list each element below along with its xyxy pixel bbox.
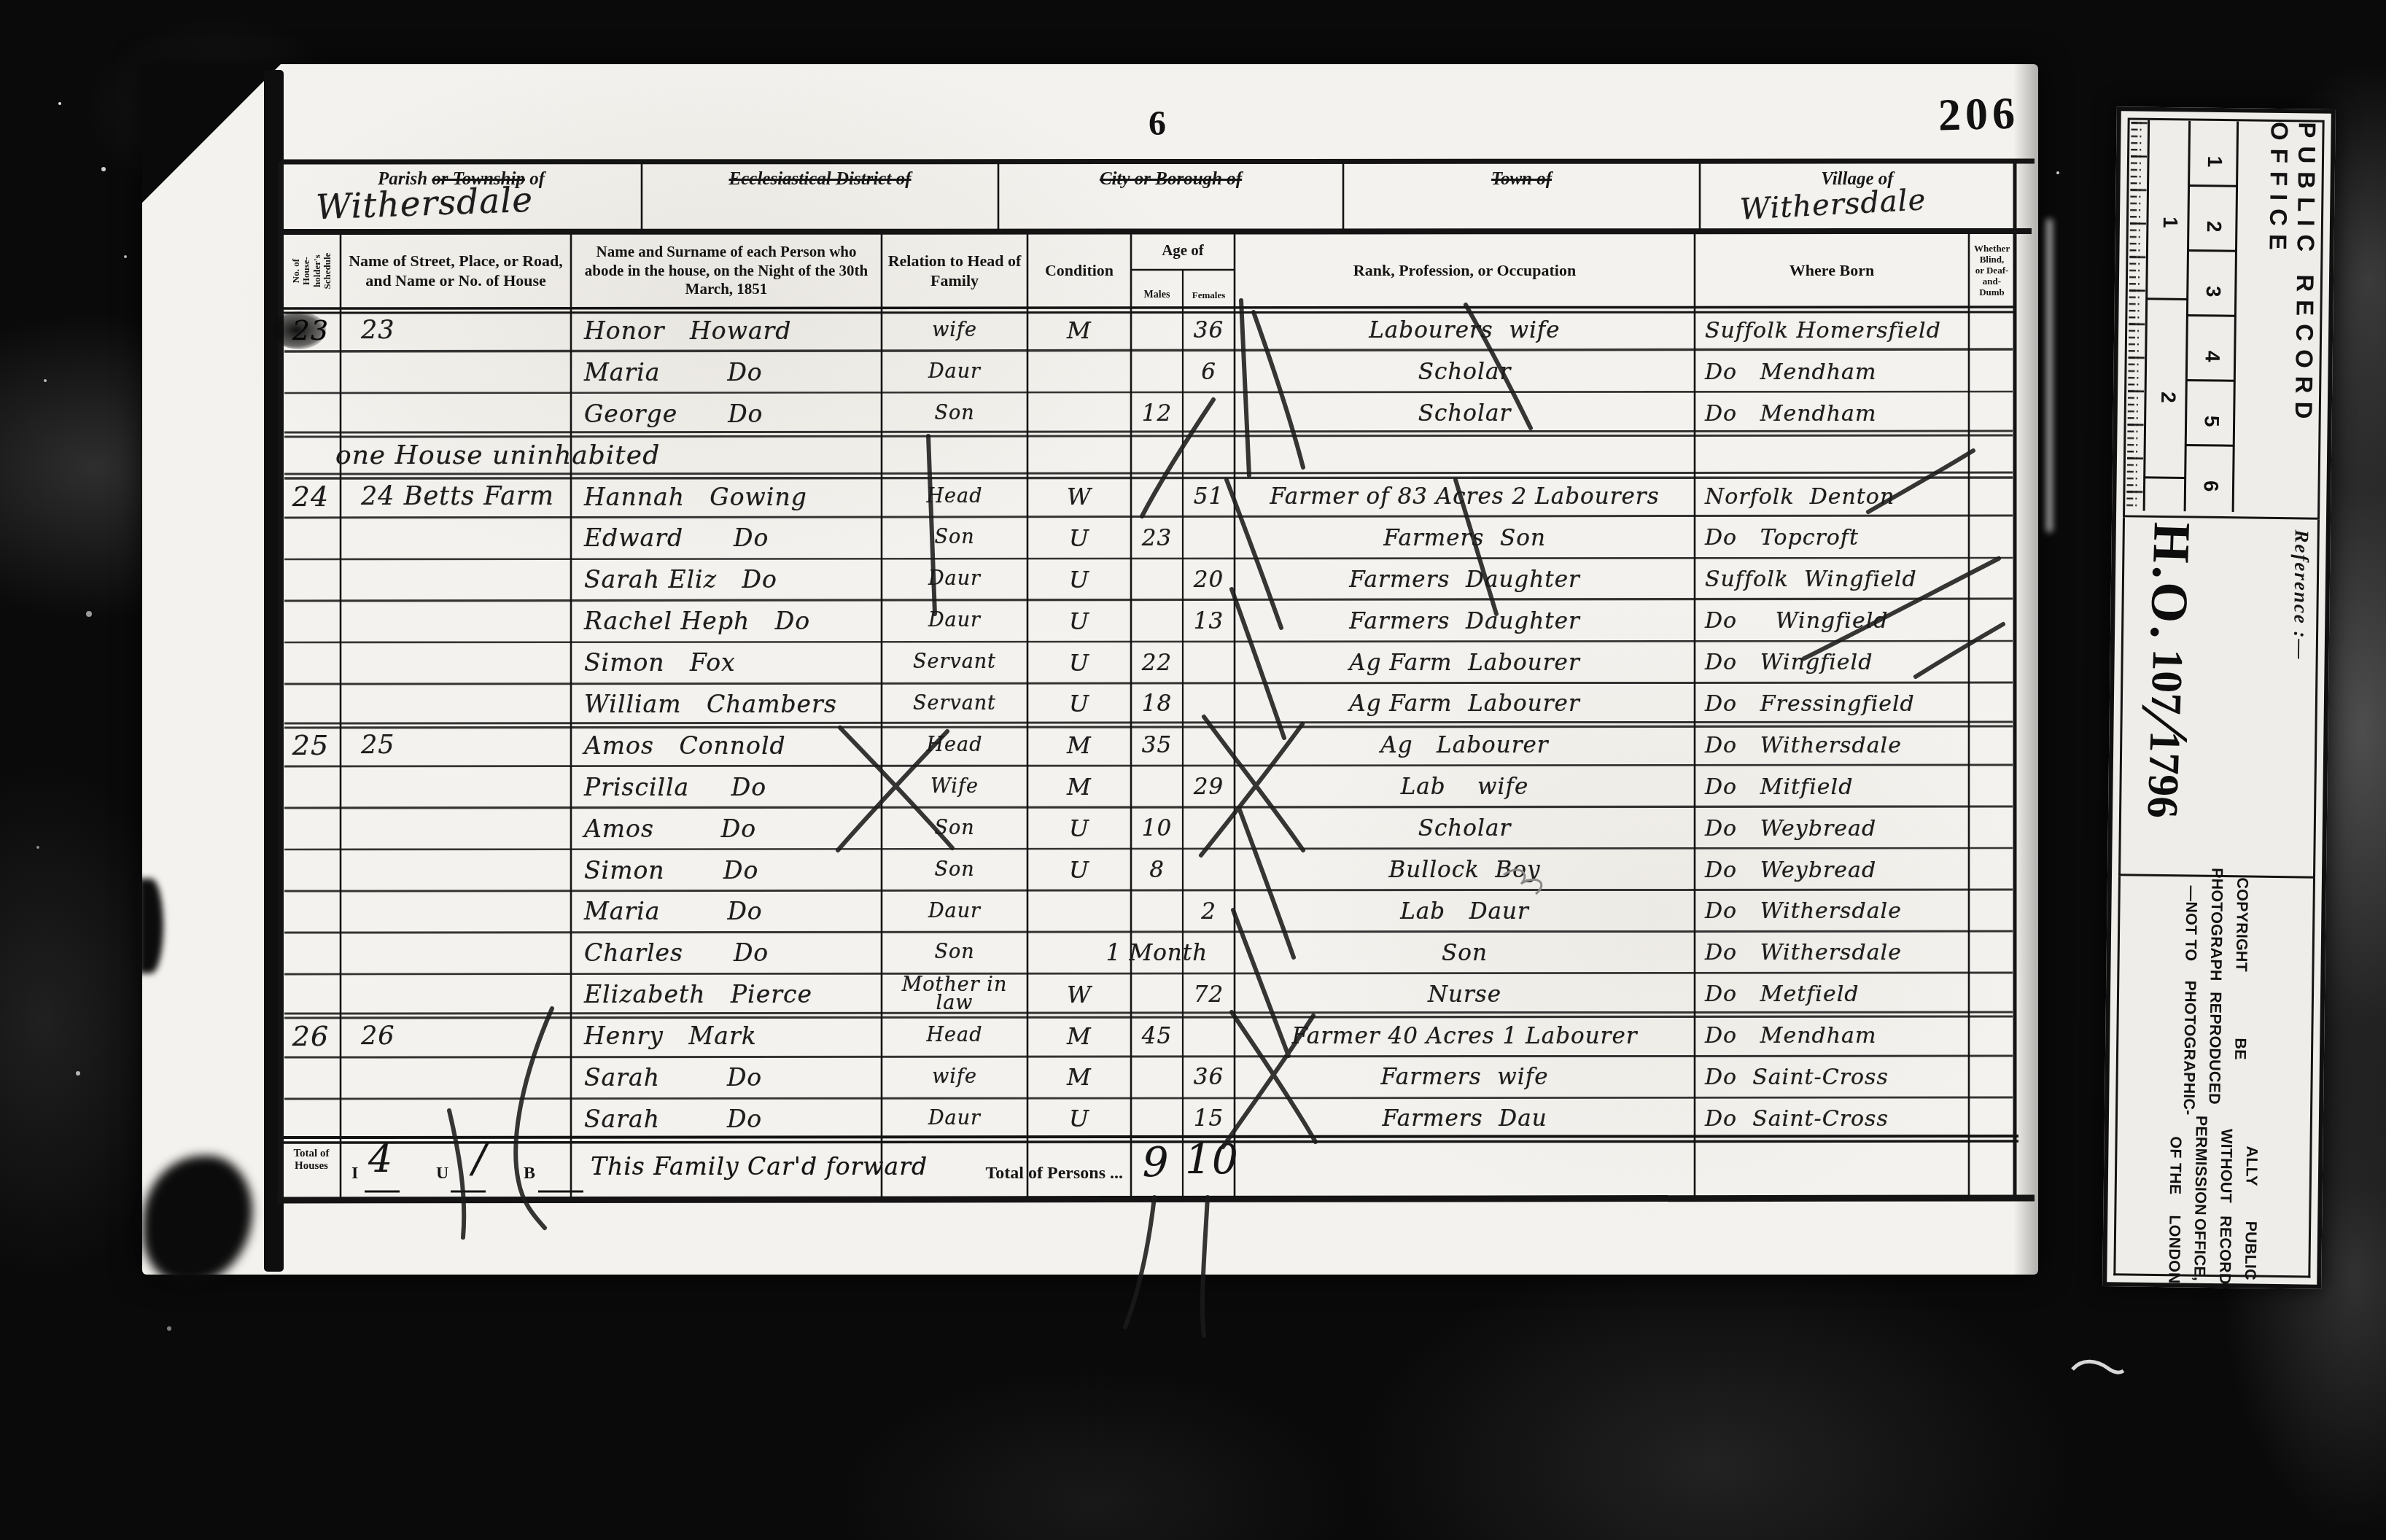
where-born: Do Mendham <box>1695 1015 1969 1057</box>
age-male <box>1131 310 1183 351</box>
where-born: Do Saint-Cross <box>1695 1098 1969 1140</box>
census-row: George Do Son 12 Scholar Do Mendham <box>281 393 2015 435</box>
age-male <box>1131 351 1183 393</box>
blind-deaf-note <box>1969 890 2015 932</box>
age-males-header: Males <box>1131 283 1183 308</box>
schedule-number <box>281 683 341 725</box>
schedule-number <box>281 890 341 932</box>
age-female: 36 <box>1183 310 1235 351</box>
age-female: 20 <box>1183 559 1235 600</box>
age-male <box>1131 476 1183 518</box>
age-male: 10 <box>1131 808 1183 849</box>
schedule-column-header: No. of House-holder's Schedule <box>283 233 341 308</box>
occupation <box>1235 435 1695 476</box>
age-female: 6 <box>1183 351 1235 393</box>
occupation-column-header: Rank, Profession, or Occupation <box>1235 232 1695 310</box>
total-persons-label: Total of Persons ... <box>839 1164 1123 1183</box>
blind-deaf-note <box>1969 725 2015 766</box>
age-male: 23 <box>1131 517 1183 559</box>
census-row: Priscilla Do Wife M 29 Lab wife Do Mitfi… <box>281 766 2015 808</box>
blind-deaf-note <box>1969 600 2015 642</box>
reference-section: Reference :— H.O. 107 ∕ 1796 <box>2118 517 2320 878</box>
census-scan-page: 6 206 Parish or Township of Withersdale … <box>0 0 2386 1540</box>
stamp-series: 107 <box>2140 648 2193 715</box>
svg-text:4: 4 <box>2202 351 2224 362</box>
blind-column-header: Whether Blind, or Deaf-and-Dumb <box>1969 232 2015 310</box>
ruler-section: 1 2 1 2 3 4 5 6 PUBLIC RECORD OFFICE <box>2123 117 2325 519</box>
age-female <box>1183 849 1235 891</box>
census-row: Sarah Eliz Do Daur U 20 Farmers Daughter… <box>281 559 2015 600</box>
occupation: Ag Farm Labourer <box>1235 683 1695 725</box>
age-male: 35 <box>1131 725 1183 766</box>
uninhabited-label: U <box>436 1164 448 1183</box>
blind-deaf-note <box>1969 1057 2015 1098</box>
stamp-piece: 1796 <box>2137 730 2191 819</box>
svg-text:2: 2 <box>2203 221 2226 233</box>
age-male: 45 <box>1131 1015 1183 1057</box>
census-row: Maria Do Daur 6 Scholar Do Mendham <box>281 351 2015 393</box>
census-row: 23 23 Honor Howard wife M 36 Labourers w… <box>281 310 2015 351</box>
where-born: Do Weybread <box>1695 808 1969 849</box>
schedule-number: 24 <box>281 476 341 518</box>
occupation: Lab Daur <box>1235 890 1695 932</box>
where-born: Do Fressingfield <box>1695 683 1969 725</box>
building-label: B <box>524 1164 535 1183</box>
schedule-number <box>281 932 341 973</box>
age-female <box>1183 393 1235 435</box>
census-row: Simon Fox Servant U 22 Ag Farm Labourer … <box>281 642 2015 683</box>
census-row: 26 26 Henry Mark Head M 45 Farmer 40 Acr… <box>281 1015 2015 1057</box>
occupation: Farmers Daughter <box>1235 559 1695 600</box>
census-row: 24 24 Betts Farm Hannah Gowing Head W 51… <box>281 476 2015 518</box>
row-note <box>335 476 1050 518</box>
age-male: 12 <box>1131 393 1183 435</box>
age-male: 18 <box>1131 683 1183 725</box>
blind-deaf-note <box>1969 932 2015 973</box>
where-born: Do Mendham <box>1695 351 1969 393</box>
schedule-number <box>281 600 341 642</box>
where-born: Do Saint-Cross <box>1695 1057 1969 1098</box>
row-note <box>335 600 1050 642</box>
svg-text:2: 2 <box>2157 392 2180 403</box>
uninhabited-total: ∕ <box>473 1135 487 1182</box>
where-born: Suffolk Wingfield <box>1695 559 1969 600</box>
age-female <box>1183 435 1235 476</box>
row-note <box>335 808 1050 849</box>
occupation: Scholar <box>1235 351 1695 393</box>
reference-stamp: H.O. 107 ∕ 1796 <box>2120 521 2212 879</box>
schedule-number: 23 <box>281 310 341 351</box>
inhabited-label: I <box>351 1164 358 1183</box>
age-female <box>1183 725 1235 766</box>
occupation: Scholar <box>1235 393 1695 435</box>
total-houses-label: Total of Houses <box>283 1148 340 1173</box>
occupation: Ag Farm Labourer <box>1235 642 1695 683</box>
age-male <box>1131 559 1183 600</box>
where-born: Do Withersdale <box>1695 890 1969 932</box>
schedule-number <box>281 559 341 600</box>
where-born: Norfolk Denton <box>1695 476 1969 518</box>
age-female: 36 <box>1183 1057 1235 1098</box>
svg-text:1: 1 <box>2204 156 2226 168</box>
row-note <box>335 351 1050 393</box>
row-note <box>335 725 1050 766</box>
blind-deaf-note <box>1969 808 2015 849</box>
age-male <box>1131 435 1183 476</box>
blind-deaf-note <box>1969 849 2015 891</box>
row-note <box>335 683 1050 725</box>
occupation: Scholar <box>1235 808 1695 849</box>
public-record-office-label: PUBLIC RECORD OFFICE <box>2261 122 2321 518</box>
row-note <box>335 890 1050 932</box>
occupation: Bullock Boy <box>1235 849 1695 891</box>
total-persons-females: 10 <box>1183 1136 1241 1183</box>
schedule-number <box>281 393 341 435</box>
blind-deaf-note <box>1969 1098 2015 1140</box>
blind-deaf-note <box>1969 393 2015 435</box>
age-female: 15 <box>1183 1098 1235 1140</box>
relation-column-header: Relation to Head of Family <box>882 232 1027 310</box>
row-note <box>335 517 1050 559</box>
schedule-number <box>281 517 341 559</box>
schedule-number <box>281 1098 341 1140</box>
schedule-number: 26 <box>281 1015 341 1057</box>
occupation: Labourers wife <box>1235 310 1695 351</box>
where-born: Suffolk Homersfield <box>1695 310 1969 351</box>
blind-deaf-note <box>1969 310 2015 351</box>
row-note <box>335 973 1050 1015</box>
occupation: Farmers wife <box>1235 1057 1695 1098</box>
occupation: Farmer 40 Acres 1 Labourer <box>1235 1015 1695 1057</box>
blind-deaf-note <box>1969 559 2015 600</box>
age-female <box>1183 517 1235 559</box>
row-note: one House uninhabited <box>335 435 1050 476</box>
age-column-header: Age of <box>1131 235 1235 267</box>
occupation: Lab wife <box>1235 766 1695 808</box>
blind-deaf-note <box>1969 642 2015 683</box>
ruler: 1 2 1 2 3 4 5 6 <box>2125 120 2254 512</box>
age-male: 22 <box>1131 642 1183 683</box>
reference-label: Reference :— <box>2289 529 2313 661</box>
age-female <box>1183 683 1235 725</box>
where-born: Do Weybread <box>1695 849 1969 891</box>
svg-text:6: 6 <box>2199 481 2222 492</box>
census-row: Amos Do Son U 10 Scholar Do Weybread <box>281 808 2015 849</box>
census-row: Sarah Do wife M 36 Farmers wife Do Saint… <box>281 1057 2015 1098</box>
blind-deaf-note <box>1969 683 2015 725</box>
stamp-dept: H.O. <box>2138 521 2202 643</box>
row-note <box>335 1015 1050 1057</box>
age-male: 8 <box>1131 849 1183 891</box>
blind-deaf-note <box>1969 351 2015 393</box>
row-note <box>335 393 1050 435</box>
age-male <box>1131 1057 1183 1098</box>
occupation: Nurse <box>1235 973 1695 1015</box>
where-born: Do Metfield <box>1695 973 1969 1015</box>
where-born: Do Wingfield <box>1695 600 1969 642</box>
copyright-text: COPYRIGHT PHOTOGRAPH—NOT TO BE REPRODUCE… <box>2120 880 2308 1271</box>
census-rows: 23 23 Honor Howard wife M 36 Labourers w… <box>281 310 2015 1140</box>
svg-text:3: 3 <box>2202 286 2225 297</box>
total-persons-males: 9 <box>1129 1139 1183 1186</box>
row-note <box>335 1057 1050 1098</box>
occupation: Son <box>1235 932 1695 973</box>
row-note <box>335 310 1050 351</box>
row-note <box>335 642 1050 683</box>
age-female <box>1183 808 1235 849</box>
blind-deaf-note <box>1969 517 2015 559</box>
census-row: Maria Do Daur 2 Lab Daur Do Withersdale <box>281 890 2015 932</box>
age-female: 2 <box>1183 890 1235 932</box>
census-row: William Chambers Servant U 18 Ag Farm La… <box>281 683 2015 725</box>
age-male <box>1131 1098 1183 1140</box>
age-male <box>1131 766 1183 808</box>
row-note <box>335 932 1050 973</box>
schedule-number <box>281 351 341 393</box>
street-column-header: Name of Street, Place, or Road, and Name… <box>341 232 571 310</box>
where-born: Do Mendham <box>1695 393 1969 435</box>
where-born: Do Wingfield <box>1695 642 1969 683</box>
occupation: Farmers Son <box>1235 517 1695 559</box>
row-note <box>335 1098 1050 1140</box>
row-note <box>335 849 1050 891</box>
age-female: 29 <box>1183 766 1235 808</box>
age-female: 51 <box>1183 476 1235 518</box>
where-born: Do Topcroft <box>1695 517 1969 559</box>
census-row: one House uninhabited <box>281 435 2015 476</box>
svg-text:1: 1 <box>2159 217 2182 228</box>
census-row: Rachel Heph Do Daur U 13 Farmers Daughte… <box>281 600 2015 642</box>
born-column-header: Where Born <box>1695 232 1969 310</box>
occupation: Farmers Dau <box>1235 1098 1695 1140</box>
age-male <box>1131 600 1183 642</box>
age-male: 1 Month <box>1131 932 1183 973</box>
where-born: Do Withersdale <box>1695 725 1969 766</box>
census-row: 25 25 Amos Connold Head M 35 Ag Labourer… <box>281 725 2015 766</box>
blind-deaf-note <box>1969 1015 2015 1057</box>
name-column-header: Name and Surname of each Person who abod… <box>571 232 882 310</box>
age-female: 72 <box>1183 973 1235 1015</box>
where-born: Do Withersdale <box>1695 932 1969 973</box>
schedule-number <box>281 1057 341 1098</box>
schedule-number: 25 <box>281 725 341 766</box>
age-female <box>1183 932 1235 973</box>
age-female <box>1183 1015 1235 1057</box>
age-female <box>1183 642 1235 683</box>
blind-deaf-note <box>1969 766 2015 808</box>
copyright-section: COPYRIGHT PHOTOGRAPH—NOT TO BE REPRODUCE… <box>2113 876 2315 1277</box>
census-row: Edward Do Son U 23 Farmers Son Do Topcro… <box>281 517 2015 559</box>
schedule-number <box>281 973 341 1015</box>
census-row: Simon Do Son U 8 Bullock Boy Do Weybread <box>281 849 2015 891</box>
row-note <box>335 766 1050 808</box>
schedule-number <box>281 766 341 808</box>
age-male <box>1131 890 1183 932</box>
age-females-header: Females <box>1183 283 1235 308</box>
where-born <box>1695 435 1969 476</box>
occupation: Farmer of 83 Acres 2 Labourers <box>1235 476 1695 518</box>
age-male <box>1131 973 1183 1015</box>
schedule-number <box>281 808 341 849</box>
census-row: Sarah Do Daur U 15 Farmers Dau Do Saint-… <box>281 1098 2015 1140</box>
where-born: Do Mitfield <box>1695 766 1969 808</box>
schedule-number <box>281 435 341 476</box>
condition-column-header: Condition <box>1027 232 1131 310</box>
census-row: Charles Do Son 1 Month Son Do Withersdal… <box>281 932 2015 973</box>
schedule-number <box>281 849 341 891</box>
blind-deaf-note <box>1969 435 2015 476</box>
row-note <box>335 559 1050 600</box>
stamp-slash: ∕ <box>2125 716 2206 731</box>
inhabited-total: 4 <box>368 1137 393 1181</box>
age-female: 13 <box>1183 600 1235 642</box>
schedule-number <box>281 642 341 683</box>
blind-deaf-note <box>1969 476 2015 518</box>
occupation: Farmers Daughter <box>1235 600 1695 642</box>
record-office-strip: 1 2 1 2 3 4 5 6 PUBLIC RECORD OFFICE Ref… <box>2102 106 2336 1289</box>
census-row: Elizabeth Pierce Mother in law W 72 Nurs… <box>281 973 2015 1015</box>
blind-deaf-note <box>1969 973 2015 1015</box>
occupation: Ag Labourer <box>1235 725 1695 766</box>
svg-text:5: 5 <box>2201 416 2223 427</box>
